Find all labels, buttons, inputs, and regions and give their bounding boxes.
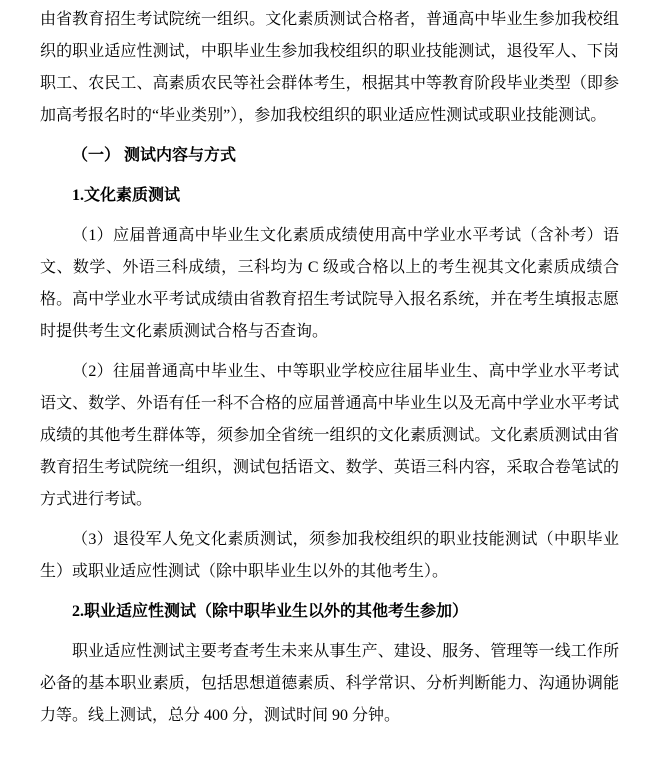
heading-test-content-and-method: （一） 测试内容与方式 — [40, 140, 619, 172]
heading-vocational-aptitude-test: 2.职业适应性测试（除中职毕业生以外的其他考生参加） — [40, 596, 619, 628]
paragraph-item-2: （2）往届普通高中毕业生、中等职业学校应往届毕业生、高中学业水平考试语文、数学、… — [40, 356, 619, 516]
paragraph-item-3: （3）退役军人免文化素质测试，须参加我校组织的职业技能测试（中职毕业生）或职业适… — [40, 524, 619, 588]
paragraph-intro-continuation: 由省教育招生考试院统一组织。文化素质测试合格者，普通高中毕业生参加我校组织的职业… — [40, 4, 619, 132]
heading-cultural-quality-test: 1.文化素质测试 — [40, 180, 619, 212]
paragraph-item-1: （1）应届普通高中毕业生文化素质成绩使用高中学业水平考试（含补考）语文、数学、外… — [40, 220, 619, 348]
document-page: 由省教育招生考试院统一组织。文化素质测试合格者，普通高中毕业生参加我校组织的职业… — [0, 0, 659, 761]
paragraph-aptitude-description: 职业适应性测试主要考查考生未来从事生产、建设、服务、管理等一线工作所必备的基本职… — [40, 636, 619, 732]
